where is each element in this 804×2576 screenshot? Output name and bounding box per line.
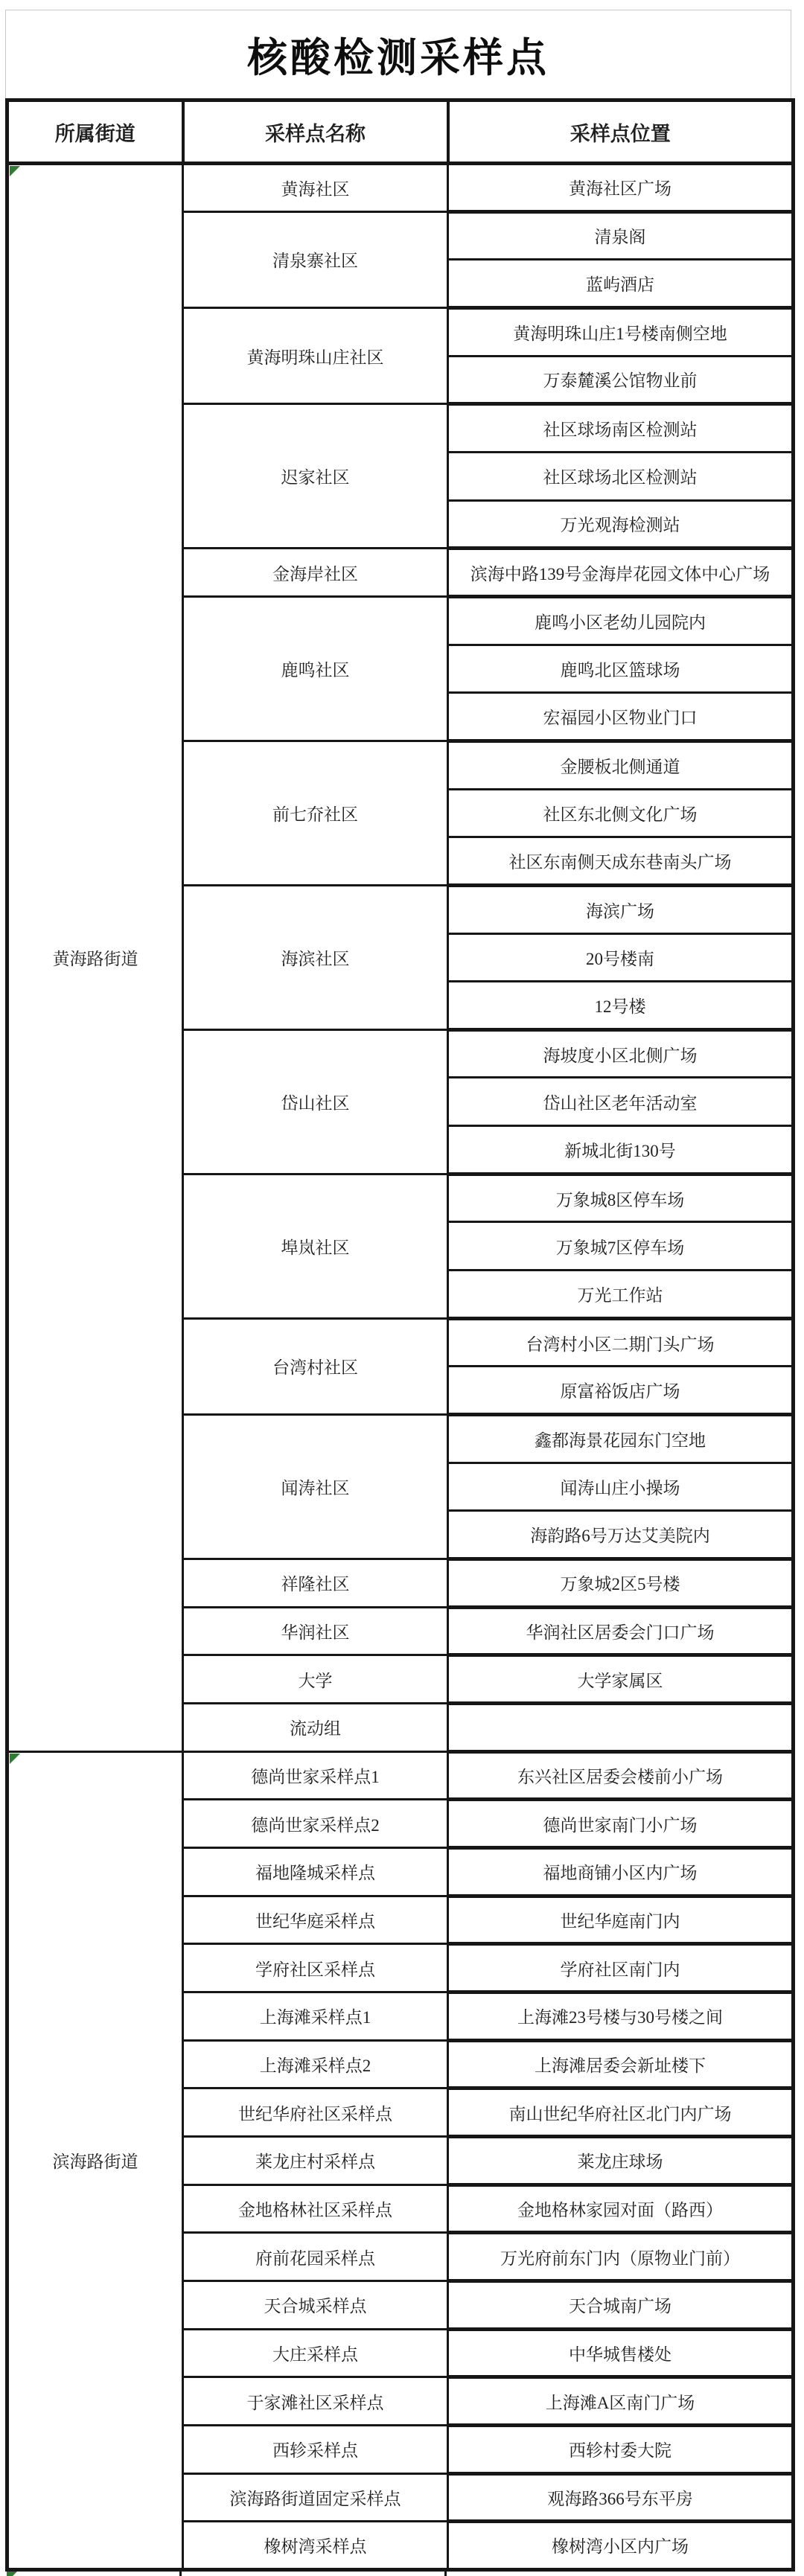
sampling-point-location-cell: 金腰板北侧通道 [448,741,794,789]
sampling-point-location-cell: 福地商铺小区内广场 [448,1847,794,1896]
table-body: 黄海路街道黄海社区黄海社区广场清泉寨社区清泉阁蓝屿酒店黄海明珠山庄社区黄海明珠山… [7,164,794,2570]
sampling-point-name-cell: 流动组 [183,1704,448,1752]
sampling-point-name-cell: 世纪华庭采样点 [183,1896,448,1944]
green-corner-icon [10,166,20,176]
sampling-point-name-cell: 鹿鸣社区 [183,596,448,741]
sampling-point-location-cell: 蓝屿酒店 [448,260,794,308]
sampling-point-location-cell: 闻涛山庄小操场 [448,1463,794,1511]
green-corner-icon [7,2572,17,2576]
sampling-point-location-cell: 上海滩居委会新址楼下 [448,2040,794,2088]
sampling-point-location-cell: 鑫都海景花园东门空地 [448,1415,794,1463]
sampling-point-name-cell: 橡树湾采样点 [183,2522,448,2570]
sampling-point-location-cell: 万光观海检测站 [448,500,794,549]
sampling-point-location-cell: 万象城2区5号楼 [448,1559,794,1608]
sampling-point-location-cell: 莱龙庄球场 [448,2136,794,2185]
sampling-point-location-cell: 观海路366号东平房 [448,2473,794,2522]
sampling-point-location-cell: 南山世纪华府社区北门内广场 [448,2088,794,2137]
sampling-point-location-cell: 宏福园小区物业门口 [448,693,794,741]
sampling-point-location-cell: 上海滩A区南门广场 [448,2377,794,2426]
sampling-point-name-cell: 福地隆城采样点 [183,1847,448,1896]
sampling-point-name-cell: 天合城采样点 [183,2281,448,2329]
column-border-stub [444,2572,447,2576]
sampling-point-location-cell: 万光府前东门内（原物业门前） [448,2233,794,2281]
sampling-point-location-cell: 海坡度小区北侧广场 [448,1029,794,1078]
sampling-point-location-cell: 新城北街130号 [448,1126,794,1174]
partial-next-row [5,2572,791,2576]
sampling-point-name-cell: 府前花园采样点 [183,2233,448,2281]
sampling-point-location-cell: 12号楼 [448,982,794,1030]
street-cell: 滨海路街道 [7,1751,183,2569]
sampling-point-name-cell: 金地格林社区采样点 [183,2185,448,2233]
sampling-point-location-cell: 大学家属区 [448,1655,794,1704]
spreadsheet-page: 核酸检测采样点 所属街道 采样点名称 采样点位置 黄海路街道黄海社区黄海社区广场… [0,0,804,2576]
sampling-point-name-cell: 上海滩采样点1 [183,1992,448,2040]
header-street: 所属街道 [7,100,183,164]
sampling-points-table: 所属街道 采样点名称 采样点位置 黄海路街道黄海社区黄海社区广场清泉寨社区清泉阁… [5,98,795,2572]
sampling-point-name-cell: 祥隆社区 [183,1559,448,1608]
sampling-point-location-cell: 万泰麓溪公馆物业前 [448,356,794,404]
sampling-point-location-cell [448,1704,794,1752]
sampling-point-name-cell: 闻涛社区 [183,1415,448,1559]
sampling-point-location-cell: 金地格林家园对面（路西） [448,2185,794,2233]
sampling-point-location-cell: 鹿鸣小区老幼儿园院内 [448,596,794,645]
sampling-point-location-cell: 台湾村小区二期门头广场 [448,1318,794,1367]
column-border-stub [179,2572,182,2576]
sampling-point-location-cell: 东兴社区居委会楼前小广场 [448,1751,794,1800]
sampling-point-location-cell: 社区球场南区检测站 [448,404,794,453]
green-corner-icon [10,1754,20,1764]
sampling-point-location-cell: 学府社区南门内 [448,1944,794,1992]
sampling-point-name-cell: 德尚世家采样点1 [183,1751,448,1800]
sampling-point-location-cell: 20号楼南 [448,933,794,982]
sampling-point-location-cell: 西轸村委大院 [448,2425,794,2473]
table-row: 滨海路街道德尚世家采样点1东兴社区居委会楼前小广场 [7,1751,794,1800]
sampling-point-location-cell: 海滨广场 [448,885,794,933]
sampling-point-location-cell: 社区东南侧天成东巷南头广场 [448,837,794,886]
sampling-point-name-cell: 岱山社区 [183,1029,448,1174]
sampling-point-location-cell: 天合城南广场 [448,2281,794,2329]
sampling-point-location-cell: 海韵路6号万达艾美院内 [448,1511,794,1559]
sampling-point-location-cell: 滨海中路139号金海岸花园文体中心广场 [448,549,794,597]
sampling-point-name-cell: 台湾村社区 [183,1318,448,1414]
sampling-point-location-cell: 橡树湾小区内广场 [448,2522,794,2570]
sampling-point-location-cell: 原富裕饭店广场 [448,1367,794,1415]
sampling-point-location-cell: 万光工作站 [448,1271,794,1319]
sampling-point-name-cell: 西轸采样点 [183,2425,448,2473]
sampling-point-location-cell: 社区球场北区检测站 [448,452,794,500]
sampling-point-location-cell: 黄海明珠山庄1号楼南侧空地 [448,307,794,356]
sampling-point-name-cell: 华润社区 [183,1607,448,1655]
sampling-point-name-cell: 黄海社区 [183,164,448,212]
header-point-location: 采样点位置 [448,100,794,164]
sampling-point-name-cell: 学府社区采样点 [183,1944,448,1992]
sampling-point-location-cell: 万象城8区停车场 [448,1174,794,1222]
sampling-point-name-cell: 大庄采样点 [183,2329,448,2377]
sampling-point-name-cell: 海滨社区 [183,885,448,1029]
street-cell: 黄海路街道 [7,164,183,1752]
sampling-point-location-cell: 清泉阁 [448,211,794,260]
sampling-point-location-cell: 华润社区居委会门口广场 [448,1607,794,1655]
sampling-point-name-cell: 迟家社区 [183,404,448,549]
sampling-point-location-cell: 黄海社区广场 [448,164,794,212]
sampling-point-name-cell: 金海岸社区 [183,549,448,597]
sampling-point-name-cell: 滨海路街道固定采样点 [183,2473,448,2522]
sampling-point-location-cell: 岱山社区老年活动室 [448,1078,794,1126]
street-label: 滨海路街道 [53,2152,138,2171]
sampling-point-location-cell: 德尚世家南门小广场 [448,1800,794,1848]
sampling-point-name-cell: 前七夼社区 [183,741,448,885]
page-title: 核酸检测采样点 [5,10,791,98]
header-row: 所属街道 采样点名称 采样点位置 [7,100,794,164]
sampling-point-location-cell: 世纪华庭南门内 [448,1896,794,1944]
sampling-point-location-cell: 鹿鸣北区篮球场 [448,645,794,693]
sampling-point-name-cell: 莱龙庄村采样点 [183,2136,448,2185]
sampling-point-name-cell: 上海滩采样点2 [183,2040,448,2088]
street-label: 黄海路街道 [53,950,138,968]
sampling-point-location-cell: 中华城售楼处 [448,2329,794,2377]
sampling-point-location-cell: 社区东北侧文化广场 [448,789,794,837]
sampling-table: 核酸检测采样点 所属街道 采样点名称 采样点位置 黄海路街道黄海社区黄海社区广场… [5,10,791,2576]
header-point-name: 采样点名称 [183,100,448,164]
sampling-point-name-cell: 大学 [183,1655,448,1704]
sampling-point-name-cell: 于家滩社区采样点 [183,2377,448,2426]
sampling-point-location-cell: 万象城7区停车场 [448,1222,794,1271]
sampling-point-name-cell: 世纪华府社区采样点 [183,2088,448,2137]
sampling-point-location-cell: 上海滩23号楼与30号楼之间 [448,1992,794,2040]
sampling-point-name-cell: 德尚世家采样点2 [183,1800,448,1848]
sampling-point-name-cell: 清泉寨社区 [183,211,448,307]
sampling-point-name-cell: 黄海明珠山庄社区 [183,307,448,403]
sampling-point-name-cell: 埠岚社区 [183,1174,448,1318]
table-row: 黄海路街道黄海社区黄海社区广场 [7,164,794,212]
